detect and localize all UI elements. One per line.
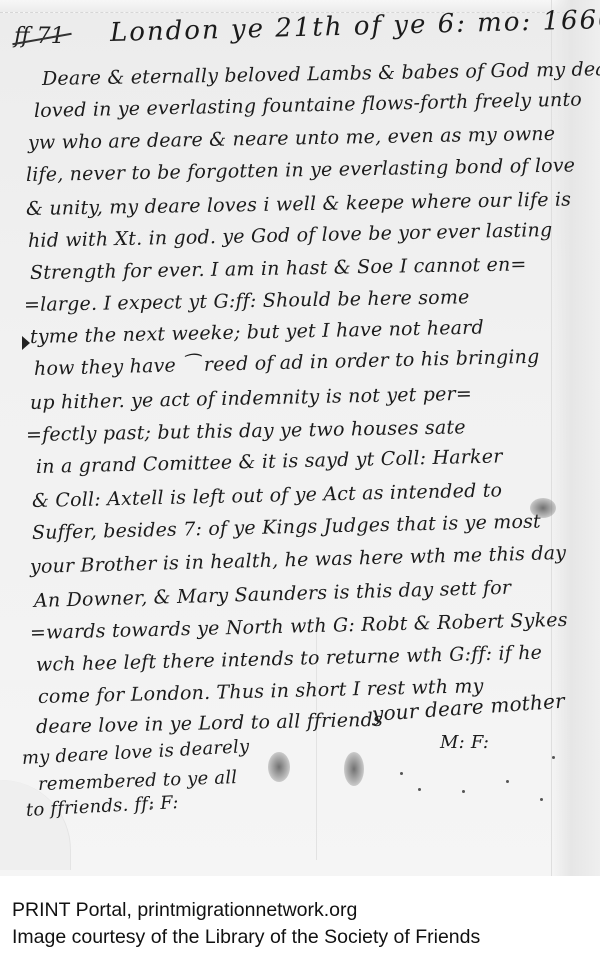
letter-postscript: to ffriends. ff: F: — [25, 792, 179, 821]
letter-postscript: remembered to ye all — [38, 767, 238, 795]
credit-courtesy-line: Image courtesy of the Library of the Soc… — [12, 924, 592, 951]
letter-line: =wards towards ye North wth G: Robt & Ro… — [30, 609, 568, 644]
ink-speck — [462, 790, 465, 793]
letter-line: your Brother is in health, he was here w… — [30, 542, 567, 578]
ink-blot — [344, 752, 364, 786]
ink-blot — [268, 752, 290, 782]
handwritten-letter: ff 71 London ye 21th of ye 6: mo: 1660 D… — [0, 0, 560, 876]
ink-speck — [540, 798, 543, 801]
ink-speck — [552, 756, 555, 759]
letter-line: Suffer, besides 7: of ye Kings Judges th… — [32, 510, 541, 544]
letter-line: =fectly past; but this day ye two houses… — [26, 416, 466, 446]
manuscript-scan: ff 71 London ye 21th of ye 6: mo: 1660 D… — [0, 0, 600, 876]
image-credit: PRINT Portal, printmigrationnetwork.org … — [12, 897, 592, 951]
letter-line: Strength for ever. I am in hast & Soe I … — [30, 253, 527, 284]
ink-speck — [506, 780, 509, 783]
ink-speck — [150, 806, 153, 809]
letter-signature: M: F: — [440, 732, 489, 753]
letter-line: Deare & eternally beloved Lambs & babes … — [42, 58, 600, 90]
letter-line: how they have ⁀ reed of ad in order to h… — [34, 346, 540, 380]
letter-line: deare love in ye Lord to all ffriends — [36, 709, 383, 738]
letter-line: up hither. ye act of indemnity is not ye… — [30, 383, 472, 414]
letter-line: tyme the next weeke; but yet I have not … — [30, 316, 484, 348]
letter-line: An Downer, & Mary Saunders is this day s… — [34, 577, 512, 612]
letter-line: hid with Xt. in god. ye God of love be y… — [28, 219, 553, 252]
letter-line: & Coll: Axtell is left out of ye Act as … — [32, 479, 503, 512]
letter-line: life, never to be forgotten in ye everla… — [26, 154, 576, 186]
letter-line: =large. I expect yt G:ff: Should be here… — [24, 286, 470, 316]
margin-pointer-mark — [22, 336, 30, 350]
ink-speck — [418, 788, 421, 791]
letter-line: wch hee left there intends to returne wt… — [36, 642, 543, 676]
letter-postscript: my deare love is dearely — [21, 736, 249, 769]
letter-line: & unity, my deare loves i well & keepe w… — [26, 188, 572, 220]
letter-line: yw who are deare & neare unto me, even a… — [28, 123, 556, 154]
letter-line: loved in ye everlasting fountaine flows-… — [34, 89, 582, 122]
letter-dateline: London ye 21th of ye 6: mo: 1660 — [110, 5, 600, 48]
credit-source-line: PRINT Portal, printmigrationnetwork.org — [12, 897, 592, 924]
letter-line: in a grand Comittee & it is sayd yt Coll… — [36, 445, 503, 478]
ink-blot — [530, 498, 556, 518]
ink-speck — [400, 772, 403, 775]
